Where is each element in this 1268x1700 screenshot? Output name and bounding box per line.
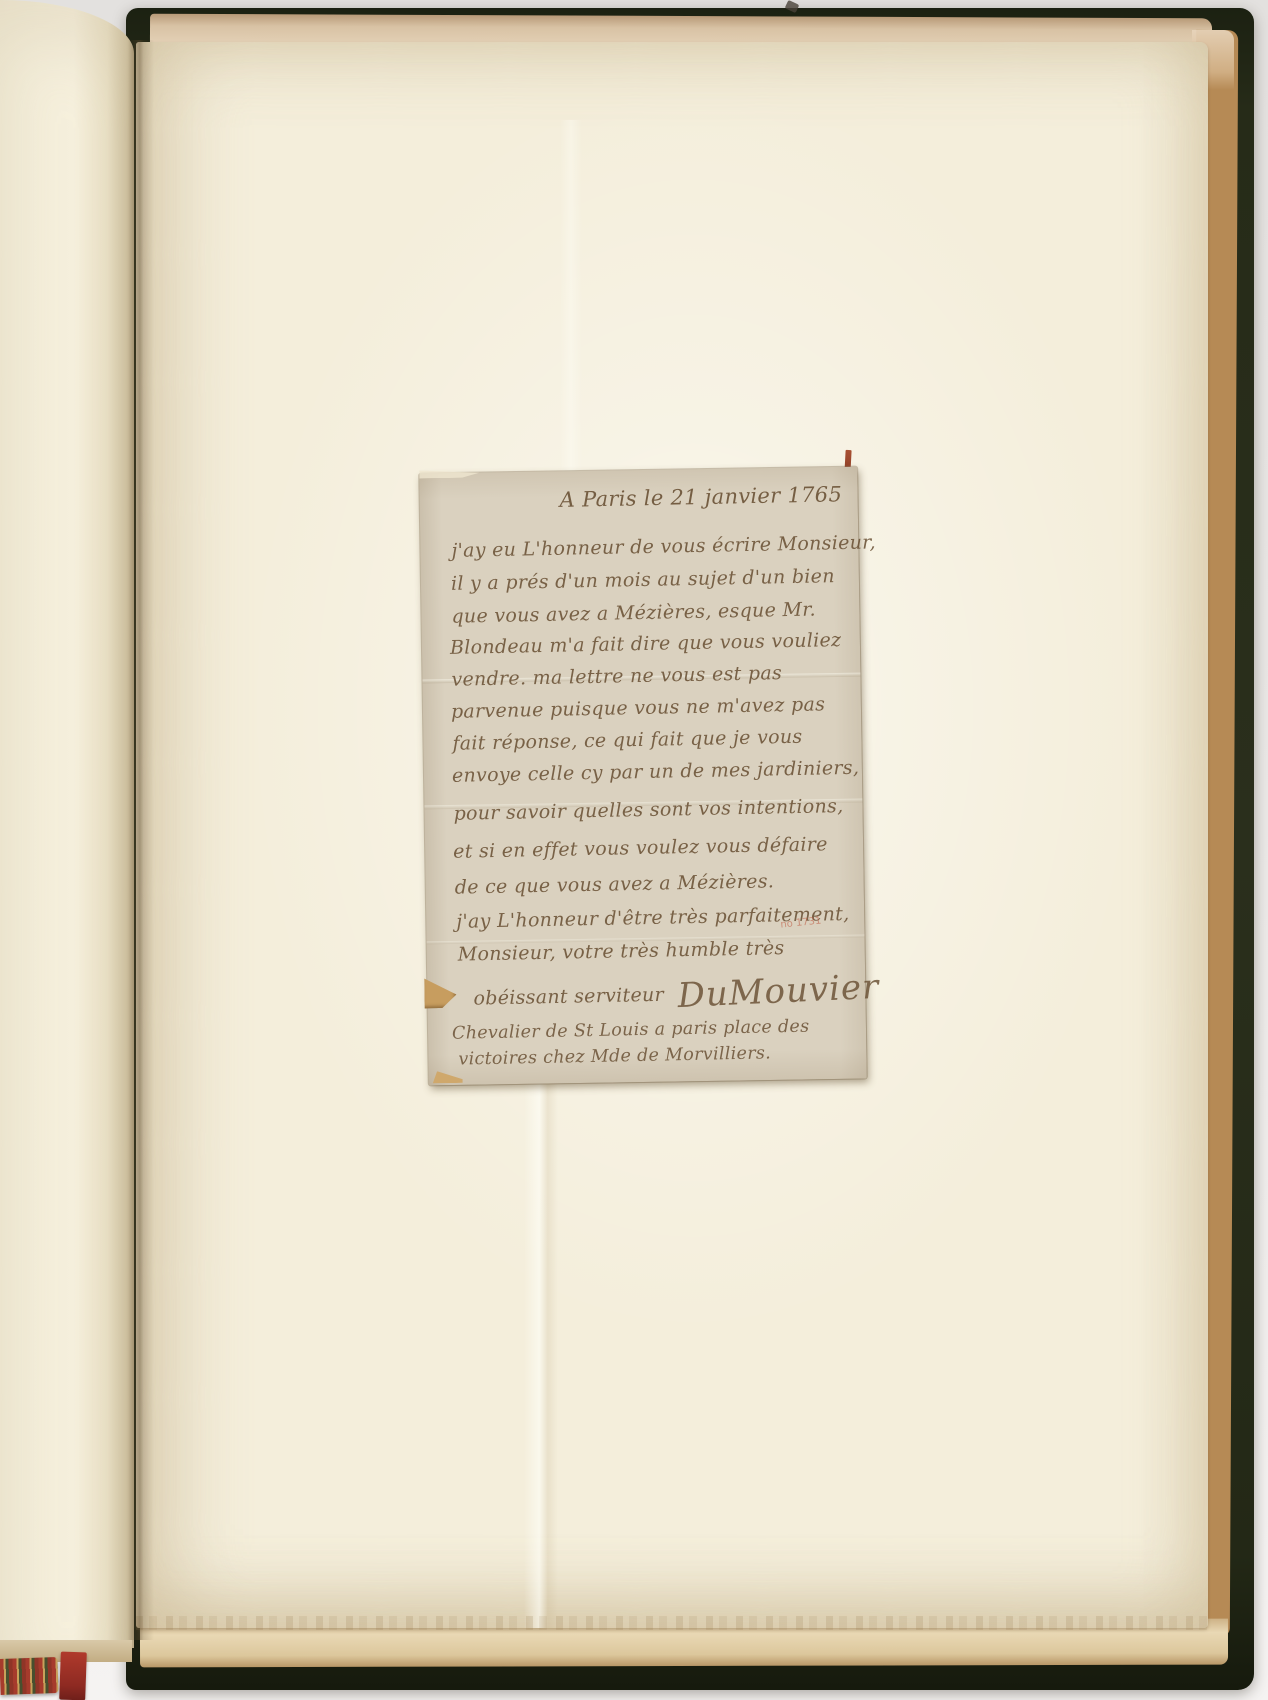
facing-page-curl (0, 0, 134, 1648)
gutter-shadow (128, 40, 154, 1640)
letter-line: j'ay eu L'honneur de vous écrire Monsieu… (451, 531, 876, 562)
page-deckle-edge (136, 1616, 1208, 1630)
letter-line: vendre. ma lettre ne vous est pas (451, 662, 782, 691)
endband-striped (0, 1657, 59, 1695)
photo-stage: A Paris le 21 janvier 1765 j'ay eu L'hon… (0, 0, 1268, 1700)
letter-footer-line: Chevalier de St Louis a paris place des (452, 1017, 810, 1044)
letter-closing-prefix: obéissant serviteur (473, 984, 664, 1010)
letter-line: de ce que vous avez a Mézières. (455, 870, 775, 898)
letter-line: envoye celle cy par un de mes jardiniers… (452, 757, 860, 787)
letter-line: Blondeau m'a fait dire que vous vouliez (450, 629, 842, 659)
bookmark-ribbon (59, 1652, 87, 1700)
letter-footer-line: victoires chez Mde de Morvilliers. (458, 1043, 771, 1069)
letter-date: A Paris le 21 janvier 1765 (559, 482, 842, 512)
letter-closing-line: obéissant serviteurDuMouvier (473, 965, 880, 1013)
letter-line: il y a prés d'un mois au sujet d'un bien (451, 565, 835, 595)
letter-chip-bottom-left (433, 1071, 463, 1083)
letter-line: et si en effet vous voulez vous défaire (453, 833, 828, 863)
mounted-letter: A Paris le 21 janvier 1765 j'ay eu L'hon… (419, 467, 867, 1086)
letter-line: pour savoir quelles sont vos intentions, (453, 795, 843, 825)
letter-chip-left-edge (424, 978, 456, 1008)
letter-signature: DuMouvier (677, 967, 880, 1016)
letter-line: parvenue puisque vous ne m'avez pas (451, 693, 826, 723)
page-crease-lower (524, 1020, 558, 1628)
letter-line: fait réponse, ce qui fait que je vous (452, 726, 802, 755)
letter-line: que vous avez a Mézières, esque Mr. (451, 598, 816, 627)
